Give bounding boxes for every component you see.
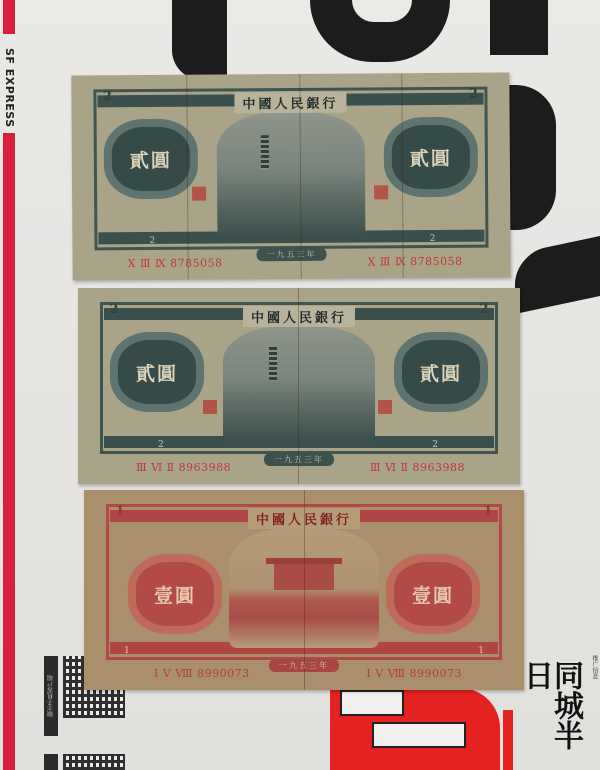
- seal-icon: [192, 187, 206, 201]
- ad-building-graphic: [372, 722, 466, 748]
- qr-label-2: [44, 754, 58, 770]
- banknote-2yuan-1: 2 2 中國人民銀行 貳圓 貳圓 2 2 一九五三年 X Ⅲ Ⅸ 8785058…: [71, 72, 510, 280]
- denomination-medallion: 壹圓: [394, 562, 472, 626]
- vignette-pagoda: [217, 111, 366, 237]
- year-text: 一九五三年: [257, 248, 327, 261]
- corner-numeral: 2: [104, 302, 124, 317]
- pagoda-icon: [269, 347, 277, 381]
- graphic-shape: [490, 0, 548, 55]
- denomination-medallion: 貳圓: [392, 125, 470, 190]
- issuer-title: 中國人民銀行: [234, 92, 346, 114]
- denomination-medallion: 貳圓: [402, 340, 480, 404]
- qr-label: 顺丰手机客户端: [44, 656, 58, 736]
- issuer-title: 中國人民銀行: [243, 306, 355, 327]
- graphic-shape: [172, 0, 227, 80]
- small-numeral: 2: [149, 236, 155, 246]
- brand-stripe-top: [3, 0, 15, 34]
- crease: [298, 288, 299, 484]
- brand-text: SF EXPRESS: [2, 48, 16, 128]
- qr-code-2[interactable]: [63, 754, 125, 770]
- serial-number: Ⅲ Ⅵ Ⅱ 8963988: [370, 461, 465, 474]
- serial-number: Ⅰ Ⅴ Ⅷ 8990073: [154, 667, 250, 680]
- denomination-medallion: 貳圓: [112, 127, 190, 192]
- graphic-shape: [508, 85, 556, 230]
- corner-numeral: 2: [474, 302, 494, 317]
- serial-number: X Ⅲ Ⅸ 8785058: [128, 256, 223, 270]
- pagoda-icon: [261, 135, 269, 169]
- small-numeral: 1: [124, 646, 130, 656]
- year-text: 一九五三年: [264, 453, 334, 466]
- brand-stripe: [3, 133, 15, 770]
- banknote-2yuan-2: 2 2 中國人民銀行 貳圓 貳圓 2 2 一九五三年 Ⅲ Ⅵ Ⅱ 8963988…: [78, 288, 520, 484]
- seal-icon: [374, 185, 388, 199]
- vignette-pagoda: [223, 326, 375, 442]
- corner-numeral: 1: [478, 504, 498, 519]
- serial-number: Ⅲ Ⅵ Ⅱ 8963988: [136, 461, 231, 474]
- corner-numeral: 1: [110, 504, 130, 519]
- serial-number: Ⅰ Ⅴ Ⅷ 8990073: [366, 667, 462, 680]
- corner-numeral: 2: [97, 89, 117, 104]
- crease: [304, 490, 305, 690]
- small-numeral: 2: [432, 440, 438, 450]
- denomination-medallion: 貳圓: [118, 340, 196, 404]
- banknote-1yuan: 1 1 中國人民銀行 壹圓 壹圓 1 1 一九五三年 Ⅰ Ⅴ Ⅷ 8990073…: [84, 490, 524, 690]
- small-numeral: 2: [158, 440, 164, 450]
- denomination-medallion: 壹圓: [136, 562, 214, 626]
- promo-label: 推广信息: [590, 655, 599, 679]
- small-numeral: 1: [478, 646, 484, 656]
- ad-headline: 同城半日: [520, 660, 580, 770]
- corner-numeral: 2: [463, 87, 483, 102]
- small-numeral: 2: [430, 234, 436, 244]
- seal-icon: [203, 400, 217, 414]
- ad-tag: [503, 710, 513, 770]
- seal-icon: [378, 400, 392, 414]
- serial-number: X Ⅲ Ⅸ 8785058: [368, 255, 463, 269]
- ad-building-graphic: [340, 690, 404, 716]
